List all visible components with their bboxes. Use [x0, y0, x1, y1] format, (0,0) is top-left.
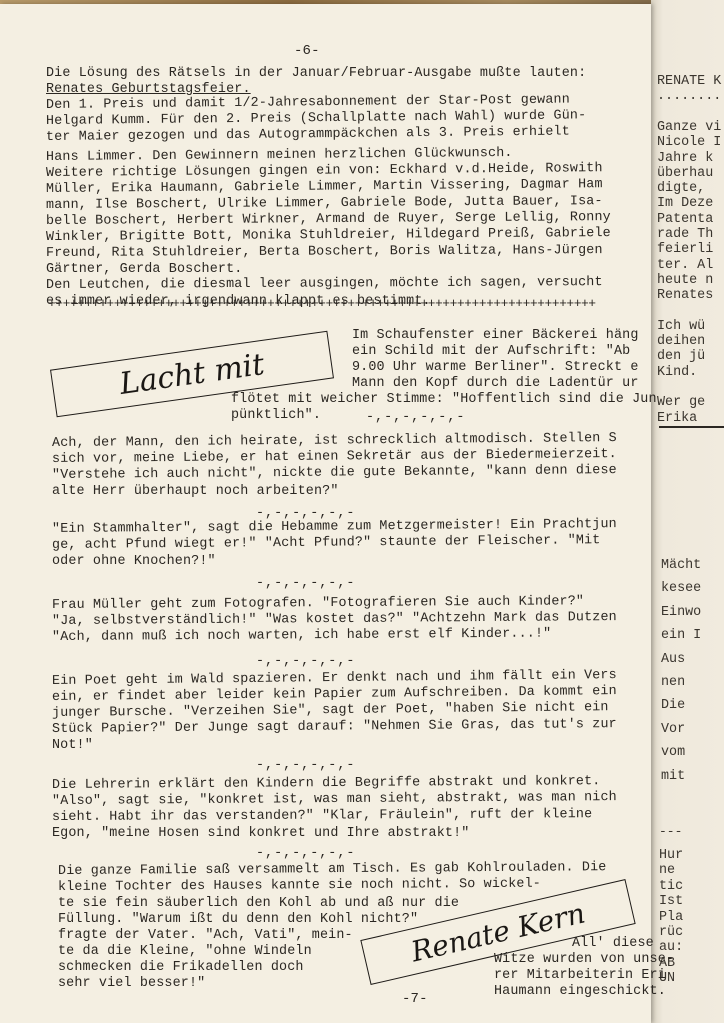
right-page-line: ........: [657, 89, 721, 105]
joke-line: ein Schild mit der Aufschrift: "Ab: [352, 344, 630, 360]
right-page-line: ne: [659, 863, 675, 879]
puzzle-line: Gärtner, Gerda Boschert.: [46, 262, 242, 278]
right-page-line: rüc: [659, 925, 683, 941]
joke-line: Not!": [52, 738, 93, 754]
right-page-line: rade Th: [657, 227, 713, 243]
joke-separator: -,-,-,-,-,-: [256, 576, 355, 592]
right-page-line: tic: [659, 879, 683, 895]
right-page-line: Renates: [657, 288, 713, 304]
right-page-line: Hur: [659, 848, 683, 864]
joke-separator: -,-,-,-,-,-: [256, 654, 355, 670]
right-page-divider: [659, 426, 724, 428]
right-page-line: nen: [661, 675, 685, 691]
right-page-line: Nicole I: [657, 135, 721, 151]
joke-separator: -,-,-,-,-,-: [256, 846, 355, 862]
joke-line: sehr viel besser!": [58, 976, 205, 992]
right-page-line: Ist: [659, 894, 683, 910]
page-number-top: -6-: [294, 44, 320, 60]
joke-line: "Ach, dann muß ich noch warten, ich habe…: [52, 627, 551, 646]
puzzle-line: Die Lösung des Rätsels in der Januar/Feb…: [46, 66, 586, 82]
right-page-line: kesee: [661, 581, 701, 597]
right-page-line: Jahre k: [657, 151, 713, 167]
credit-line: rer Mitarbeiterin Eri: [494, 968, 666, 984]
right-page-line: mit: [661, 769, 685, 785]
right-page-line: Kind.: [657, 365, 697, 381]
joke-line: Mann den Kopf durch die Ladentür ur: [352, 376, 639, 392]
right-page-line: Vor: [661, 722, 685, 738]
right-page-line: Patenta: [657, 212, 713, 228]
page-right-fragment: RENATE K........Ganze viNicole IJahre kü…: [651, 0, 724, 1023]
joke-line: schmecken die Frikadellen doch: [58, 960, 304, 976]
right-page-line: RENATE K: [657, 74, 721, 90]
right-page-line: Wer ge: [657, 395, 705, 411]
right-page-line: Im Deze: [657, 196, 713, 212]
joke-separator: -,-,-,-,-,-: [256, 758, 355, 774]
joke-line: alte Herr überhaupt noch arbeiten?": [52, 484, 339, 500]
puzzle-line: Freund, Rita Stuhldreier, Berta Boschert…: [46, 243, 603, 262]
joke-line: Egon, "meine Hosen sind konkret und Ihre…: [52, 826, 469, 842]
right-page-line: Pla: [659, 910, 683, 926]
right-page-line: Erika: [657, 411, 697, 427]
page-left: -6- Die Lösung des Rätsels in der Januar…: [0, 4, 651, 1023]
credit-line: Haumann eingeschickt.: [494, 984, 666, 1000]
page-number-bottom: -7-: [402, 992, 428, 1008]
joke-line: fragte der Vater. "Ach, Vati", mein-: [58, 928, 353, 944]
joke-line: Füllung. "Warum ißt du denn den Kohl nic…: [58, 912, 418, 928]
joke-line: 9.00 Uhr warme Berliner". Streckt e: [352, 360, 639, 376]
joke-line: oder ohne Knochen?!": [52, 554, 216, 570]
joke-line: flötet mit weicher Stimme: "Hoffentlich …: [231, 392, 657, 408]
plus-divider: ++++++++++++++++++++++++++++++++++++++++…: [48, 296, 651, 310]
joke-line: kleine Tochter des Hauses kannte sie noc…: [58, 877, 541, 896]
right-page-line: Aus: [661, 652, 685, 668]
right-page-line: vom: [661, 745, 685, 761]
right-page-line: heute n: [657, 273, 713, 289]
right-page-line: ein I: [661, 628, 701, 644]
right-page-line: Ich wü: [657, 319, 705, 335]
credit-line: All' diese: [572, 936, 654, 952]
right-page-line: Einwo: [661, 605, 701, 621]
right-page-dash: ---: [659, 824, 682, 839]
right-page-line: ter. Al: [657, 258, 713, 274]
joke-line: te sie fein säuberlich den Kohl ab und a…: [58, 896, 459, 912]
right-page-line: Mächt: [661, 558, 701, 574]
credit-line: Witze wurden von unse-: [494, 952, 674, 968]
puzzle-line: Den Leutchen, die diesmal leer ausgingen…: [46, 275, 603, 294]
right-page-line: überhau: [657, 166, 713, 182]
right-page-line: deihen: [657, 334, 705, 350]
right-page-line: Ganze vi: [657, 120, 721, 136]
right-page-line: feierli: [657, 242, 713, 258]
joke-line: pünktlich".: [231, 408, 321, 424]
joke-line: te da die Kleine, "ohne Windeln: [58, 944, 312, 960]
joke-line: Im Schaufenster einer Bäckerei häng: [352, 328, 639, 344]
right-page-line: Die: [661, 698, 685, 714]
right-page-line: den jü: [657, 349, 705, 365]
right-page-line: digte,: [657, 181, 705, 197]
joke-line: sieht. Habt ihr das verstanden?" "Klar, …: [52, 807, 592, 825]
joke-separator: -,-,-,-,-,-: [366, 410, 465, 426]
